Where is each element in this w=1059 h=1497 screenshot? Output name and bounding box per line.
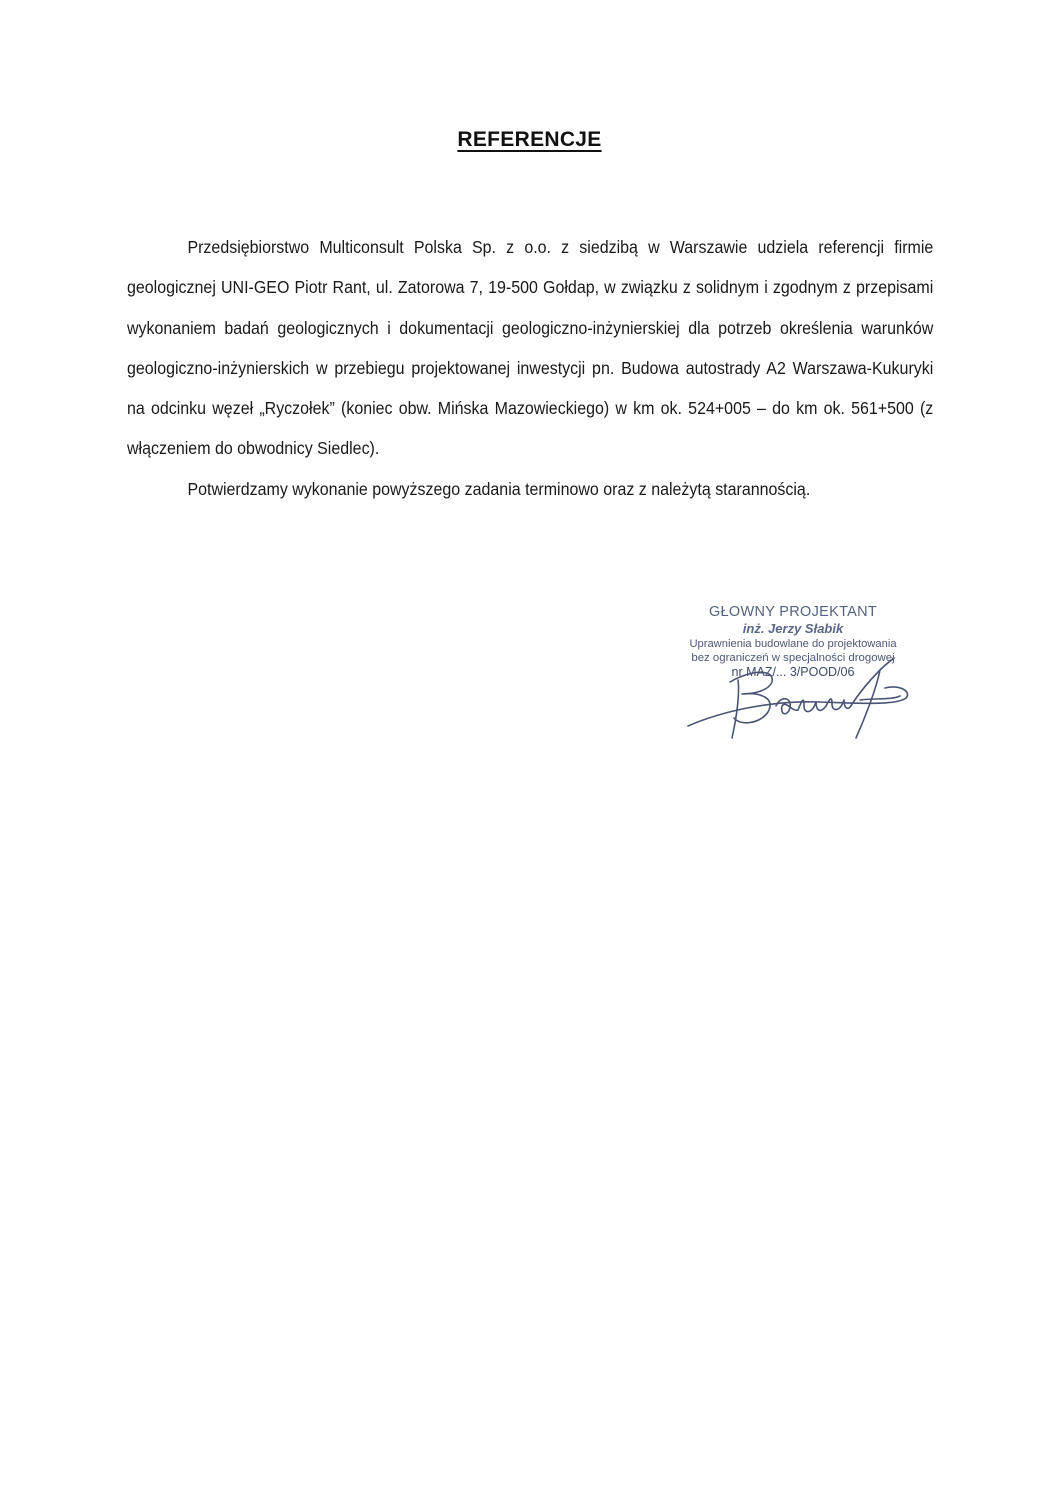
paragraph-confirmation: Potwierdzamy wykonanie powyższego zadani…	[127, 469, 933, 509]
paragraph-reference: Przedsiębiorstwo Multiconsult Polska Sp.…	[127, 227, 933, 469]
document-title: REFERENCJE	[0, 128, 1059, 152]
stamp-name: inż. Jerzy Słabik	[678, 621, 908, 637]
document-body: Przedsiębiorstwo Multiconsult Polska Sp.…	[127, 227, 933, 509]
signature-icon	[680, 640, 920, 750]
document-page: REFERENCJE Przedsiębiorstwo Multiconsult…	[0, 0, 1059, 1497]
stamp-role: GŁOWNY PROJEKTANT	[678, 604, 908, 621]
